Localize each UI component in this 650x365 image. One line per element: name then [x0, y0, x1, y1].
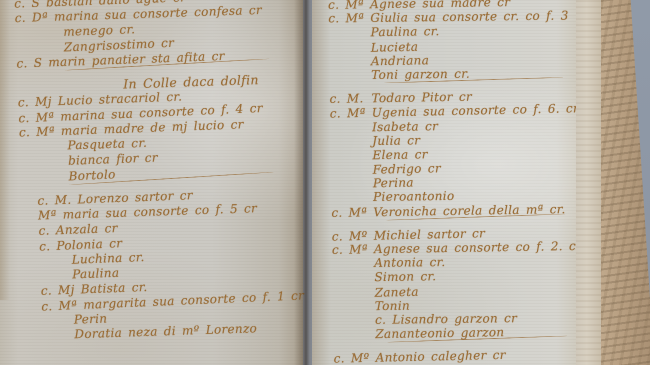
entry-margin-mark: [321, 54, 371, 69]
entry-text: Elena cr: [372, 147, 427, 162]
entry-text: Isabeta cr: [372, 119, 438, 134]
entry-text: Andriana: [371, 53, 429, 68]
entry-text: Zaneta: [374, 284, 418, 299]
entry-text: Simon cr.: [374, 270, 436, 285]
entry-margin-mark: [322, 148, 372, 163]
entry-text: menego cr.: [63, 22, 135, 39]
entry-text: Antonia cr.: [374, 255, 445, 270]
entry-margin-mark: c. Mº: [326, 351, 376, 365]
entry-margin-mark: [320, 26, 370, 41]
entry-margin-mark: [324, 271, 374, 286]
entry-text: Perina: [373, 176, 414, 191]
entry-margin-mark: c. Mª: [324, 242, 374, 257]
entry-margin-mark: [322, 120, 372, 135]
entry-text: Luchina cr.: [71, 250, 144, 267]
right-page-handwriting: c. MªAgnese sua madre crc. MªGiulia sua …: [320, 0, 596, 365]
entry-margin-mark: c. Mª: [323, 205, 373, 220]
register-entry: c. MªVeronicha corela della mª cr.: [323, 201, 593, 219]
open-manuscript-book: c. S bastian dallo ague crc. Dª marina s…: [0, 0, 650, 365]
register-entry: Zananteonio garzon: [325, 324, 595, 342]
entry-margin-mark: [324, 256, 374, 271]
entry-text: Paulina cr.: [370, 25, 439, 40]
entry-margin-mark: [323, 190, 373, 205]
right-page: c. MªAgnese sua madre crc. MªGiulia sua …: [312, 0, 578, 365]
entry-text: c. Anzala cr: [38, 221, 118, 238]
entry-text: Julia cr: [372, 133, 420, 148]
entry-text: Perin: [74, 311, 108, 326]
entry-margin-mark: [325, 299, 375, 314]
left-page: c. S bastian dallo ague crc. Dª marina s…: [0, 0, 303, 365]
entry-text: Paulina: [72, 266, 120, 282]
entry-margin-mark: [325, 313, 375, 328]
page-edge-cream-strip: [576, 0, 603, 365]
entry-margin-mark: [321, 68, 371, 83]
entry-margin-mark: c. M.: [321, 91, 371, 106]
entry-text: Pasqueta cr.: [67, 136, 147, 153]
entry-text: Antonio calegher cr: [376, 348, 506, 365]
entry-text: Lucieta: [371, 39, 419, 54]
entry-margin-mark: [325, 327, 375, 342]
register-entry: Toni garzon cr.: [321, 65, 591, 82]
entry-margin-mark: [322, 134, 372, 149]
register-entry: c. MºAntonio calegher cr: [326, 346, 596, 365]
entry-text: Pieroantonio: [373, 189, 454, 204]
entry-margin-mark: c. Mª: [320, 11, 370, 26]
entry-text: Tonin: [375, 298, 410, 313]
left-page-handwriting: c. S bastian dallo ague crc. Dª marina s…: [4, 0, 327, 345]
